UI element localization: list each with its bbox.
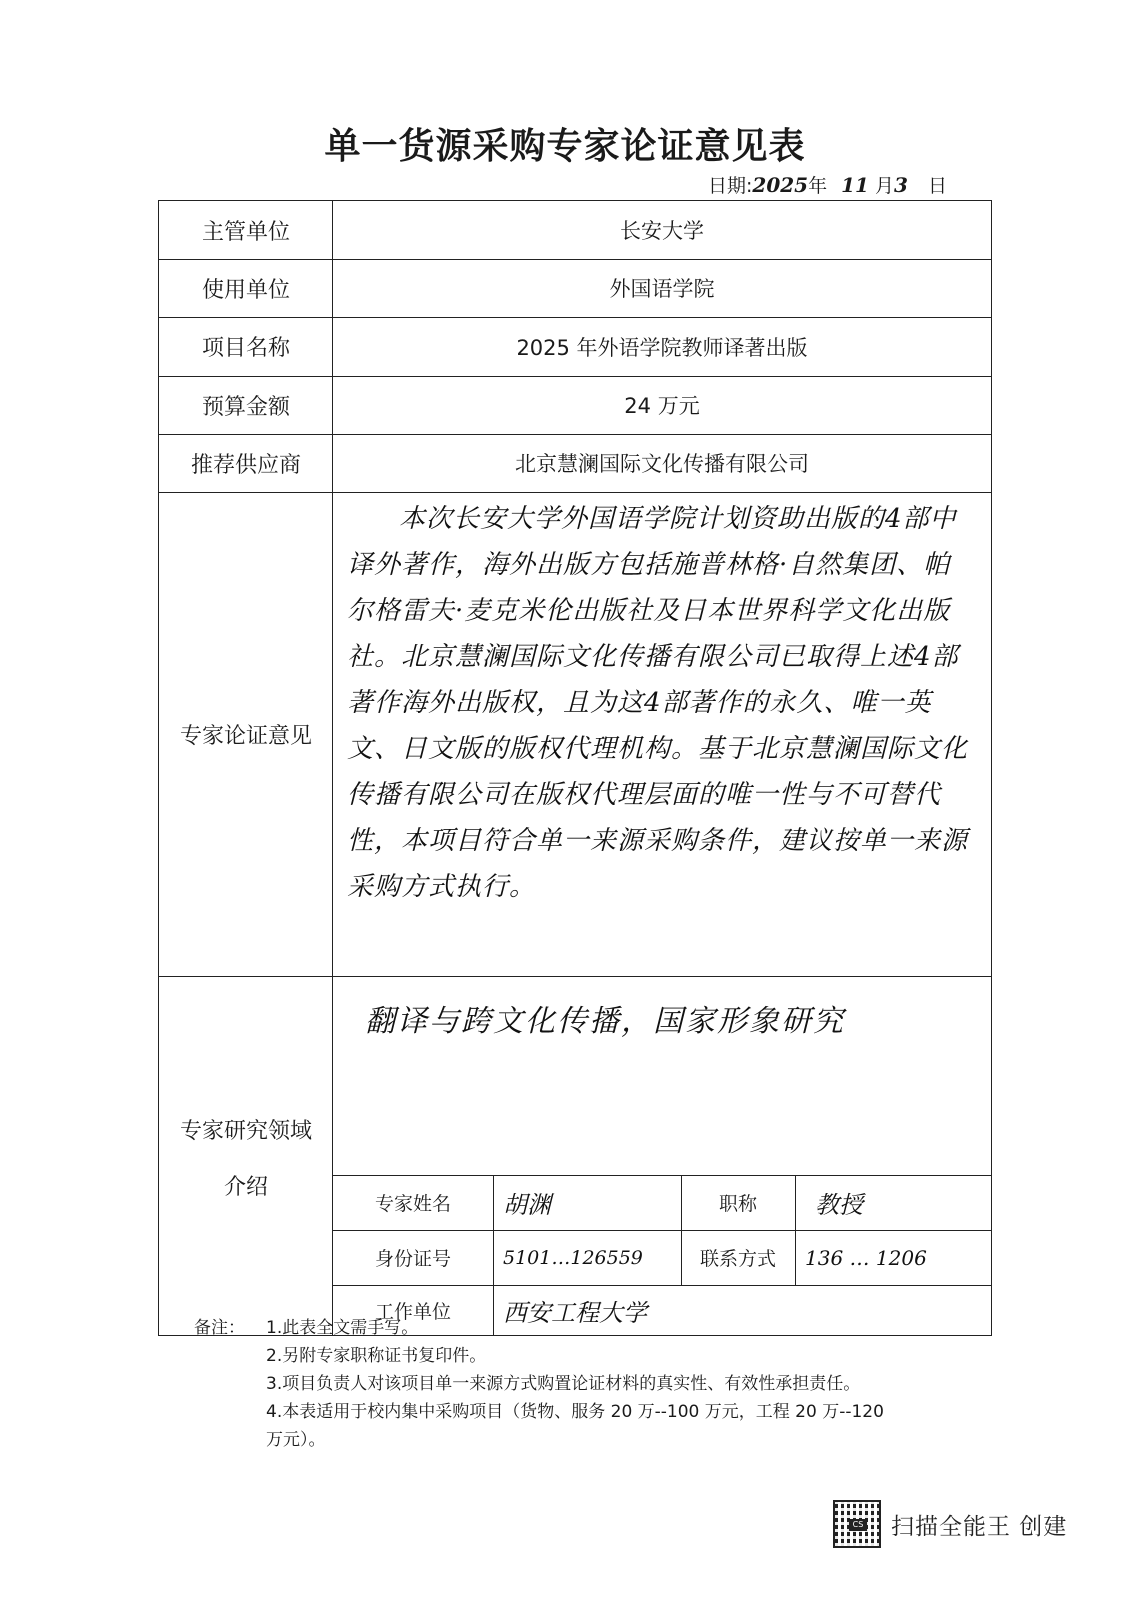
label-expert-domain-line2: 介绍: [224, 1160, 268, 1216]
value-supplier: 北京慧澜国际文化传播有限公司: [333, 434, 991, 492]
label-contact: 联系方式: [681, 1230, 795, 1285]
label-expert-domain-line1: 专家研究领域: [180, 1104, 312, 1160]
date-label: 日期:: [708, 175, 752, 197]
date-month-unit: 月: [875, 175, 894, 197]
date-year-unit: 年: [808, 175, 827, 197]
label-id-number: 身份证号: [333, 1230, 493, 1285]
value-id-number: 5101…126559: [493, 1230, 681, 1285]
value-job-title: 教授: [795, 1175, 991, 1230]
label-project-name: 项目名称: [159, 317, 333, 376]
date-line: 日期:2025年 11 月3 日: [708, 171, 947, 198]
document-title: 单一货源采购专家论证意见表: [0, 118, 1130, 169]
expert-opinion-text: 本次长安大学外国语学院计划资助出版的4部中译外著作，海外出版方包括施普林格·自然…: [347, 496, 977, 910]
date-month: 11: [841, 173, 869, 197]
expert-opinion-section: 本次长安大学外国语学院计划资助出版的4部中译外著作，海外出版方包括施普林格·自然…: [159, 492, 991, 976]
date-day-unit: 日: [928, 175, 947, 197]
expert-domain-text: 翻译与跨文化传播，国家形象研究: [365, 996, 845, 1040]
label-supplier: 推荐供应商: [159, 434, 333, 492]
notes-label: 备注：: [194, 1314, 266, 1342]
note-item: 2.另附专家职称证书复印件。: [266, 1342, 884, 1370]
note-item: 万元）。: [266, 1426, 884, 1454]
value-expert-name: 胡渊: [493, 1175, 681, 1230]
scanner-watermark: CS 扫描全能王 创建: [833, 1500, 1067, 1548]
value-contact: 136 … 1206: [795, 1230, 991, 1285]
value-budget: 24 万元: [333, 376, 991, 434]
label-user-unit: 使用单位: [159, 259, 333, 317]
expert-domain-section: 翻译与跨文化传播，国家形象研究: [333, 976, 991, 1175]
note-row: 备注： 1.此表全文需手写。: [194, 1314, 884, 1342]
note-item: 4.本表适用于校内集中采购项目（货物、服务 20 万--100 万元，工程 20…: [266, 1398, 884, 1426]
qr-code-icon: CS: [833, 1500, 881, 1548]
label-budget: 预算金额: [159, 376, 333, 434]
value-competent-unit: 长安大学: [333, 201, 991, 259]
label-job-title: 职称: [681, 1175, 795, 1230]
expert-info-table: 专家姓名 胡渊 职称 教授 身份证号 5101…126559 联系方式 136 …: [333, 1175, 991, 1335]
value-project-name: 2025 年外语学院教师译著出版: [333, 317, 991, 376]
label-competent-unit: 主管单位: [159, 201, 333, 259]
form-table: 主管单位 长安大学 使用单位 外国语学院 项目名称 2025 年外语学院教师译著…: [158, 200, 992, 1336]
date-year: 2025: [752, 173, 808, 197]
label-expert-domain: 专家研究领域 介绍: [159, 976, 333, 1335]
date-day: 3: [894, 173, 908, 197]
cs-badge: CS: [849, 1519, 867, 1531]
watermark-text: 扫描全能王 创建: [891, 1508, 1067, 1541]
value-user-unit: 外国语学院: [333, 259, 991, 317]
note-item: 1.此表全文需手写。: [266, 1314, 418, 1342]
notes: 备注： 1.此表全文需手写。 2.另附专家职称证书复印件。 3.项目负责人对该项…: [194, 1314, 884, 1454]
label-expert-name: 专家姓名: [333, 1175, 493, 1230]
note-item: 3.项目负责人对该项目单一来源方式购置论证材料的真实性、有效性承担责任。: [266, 1370, 884, 1398]
